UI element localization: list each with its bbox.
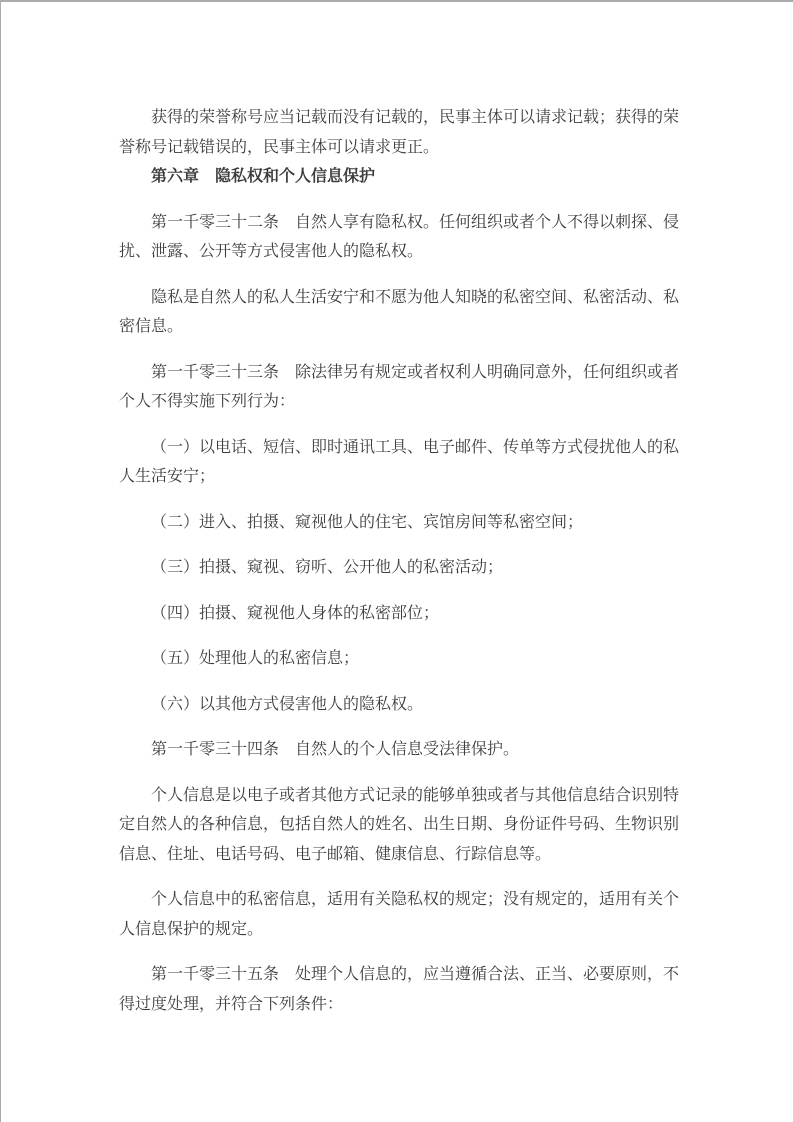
chapter-heading: 第六章 隐私权和个人信息保护: [119, 162, 679, 192]
paragraph-private-info-rule: 个人信息中的私密信息，适用有关隐私权的规定；没有规定的，适用有关个人信息保护的规…: [119, 885, 679, 944]
paragraph-article-1032: 第一千零三十二条 自然人享有隐私权。任何组织或者个人不得以刺探、侵扰、泄露、公开…: [119, 208, 679, 267]
list-item-4: （四）拍摄、窥视他人身体的私密部位；: [119, 599, 679, 629]
paragraph-article-1034: 第一千零三十四条 自然人的个人信息受法律保护。: [119, 735, 679, 765]
list-item-1: （一）以电话、短信、即时通讯工具、电子邮件、传单等方式侵扰他人的私人生活安宁；: [119, 433, 679, 492]
paragraph-article-1033: 第一千零三十三条 除法律另有规定或者权利人明确同意外，任何组织或者个人不得实施下…: [119, 358, 679, 417]
document-text-block: 获得的荣誉称号应当记载而没有记载的，民事主体可以请求记载；获得的荣誉称号记载错误…: [119, 103, 679, 1019]
paragraph-article-1035: 第一千零三十五条 处理个人信息的，应当遵循合法、正当、必要原则，不得过度处理，并…: [119, 960, 679, 1019]
paragraph-personal-info-definition: 个人信息是以电子或者其他方式记录的能够单独或者与其他信息结合识别特定自然人的各种…: [119, 781, 679, 870]
list-item-5: （五）处理他人的私密信息；: [119, 644, 679, 674]
paragraph-honorary-title: 获得的荣誉称号应当记载而没有记载的，民事主体可以请求记载；获得的荣誉称号记载错误…: [119, 103, 679, 162]
document-page: 获得的荣誉称号应当记载而没有记载的，民事主体可以请求记载；获得的荣誉称号记载错误…: [0, 0, 793, 1122]
list-item-3: （三）拍摄、窥视、窃听、公开他人的私密活动；: [119, 553, 679, 583]
list-item-6: （六）以其他方式侵害他人的隐私权。: [119, 690, 679, 720]
paragraph-privacy-definition: 隐私是自然人的私人生活安宁和不愿为他人知晓的私密空间、私密活动、私密信息。: [119, 283, 679, 342]
list-item-2: （二）进入、拍摄、窥视他人的住宅、宾馆房间等私密空间；: [119, 508, 679, 538]
